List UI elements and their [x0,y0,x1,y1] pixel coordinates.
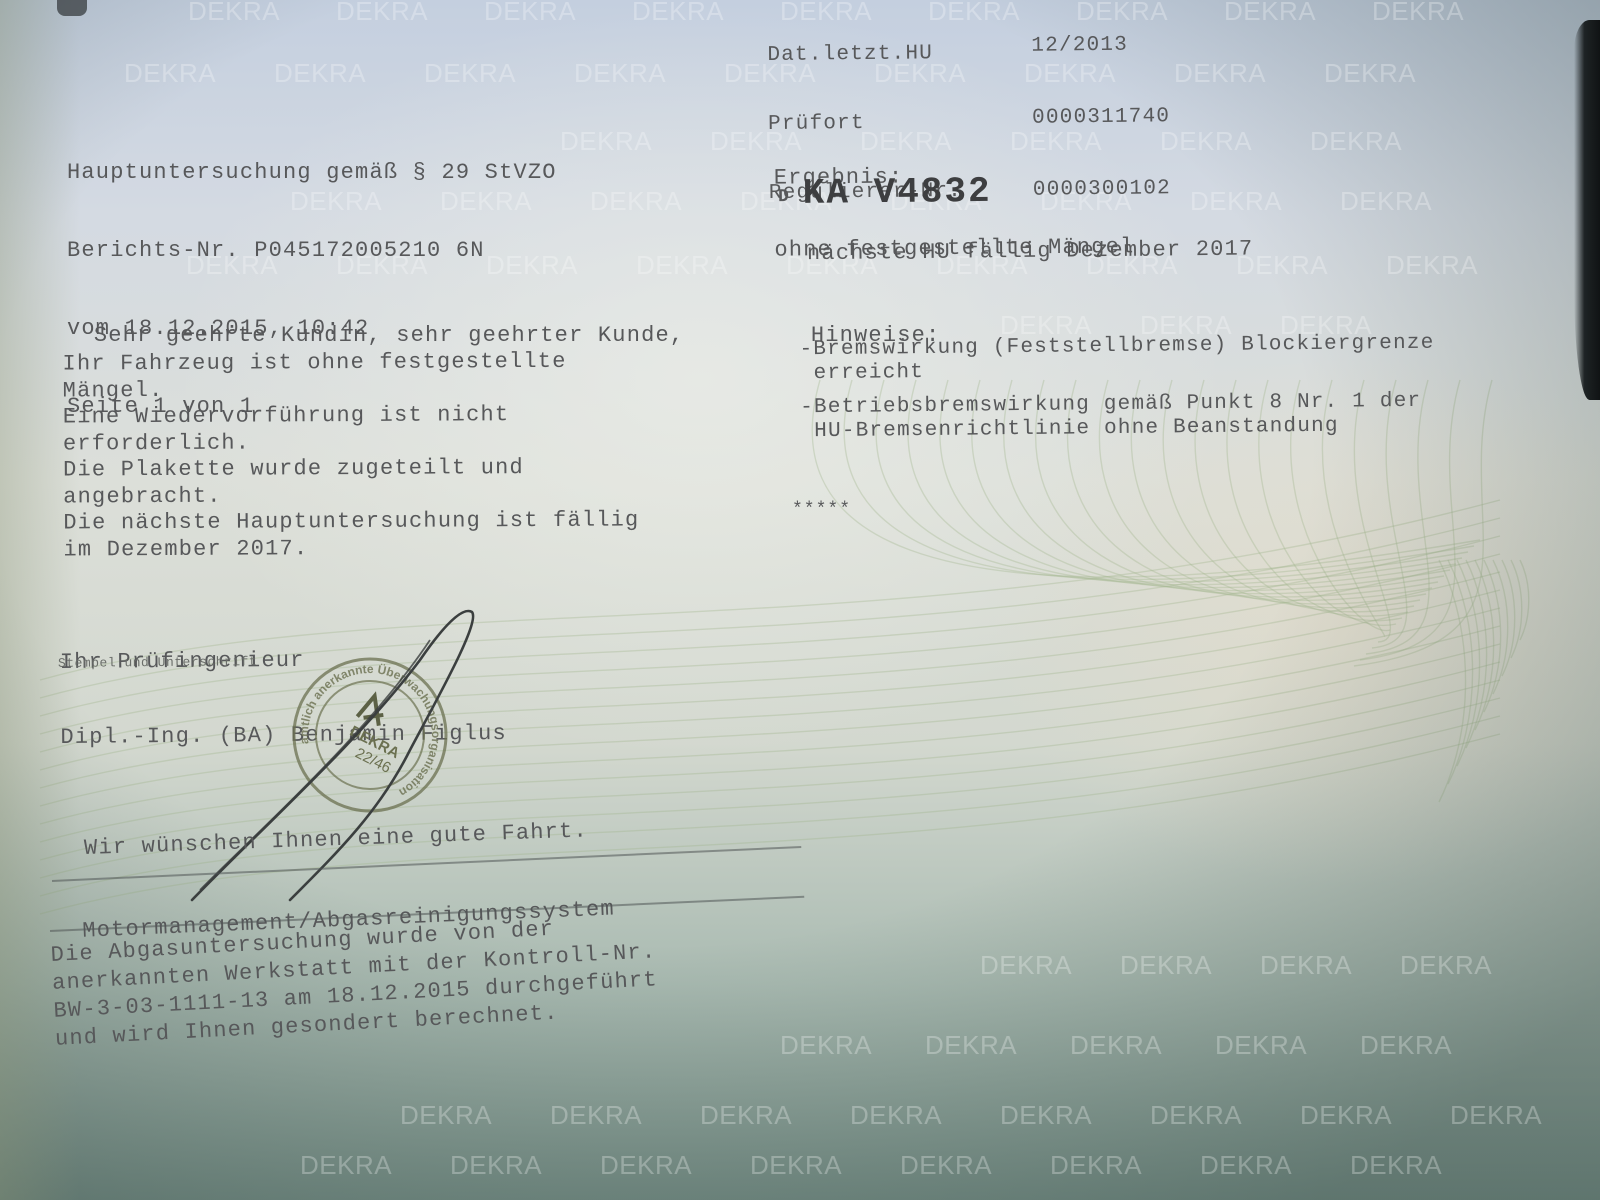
dekra-watermark: DEKRA [780,1030,872,1061]
dekra-watermark: DEKRA [1324,58,1416,89]
note-item: -Bremswirkung (Feststellbremse) Blockier… [799,332,1434,387]
dekra-watermark: DEKRA [424,58,516,89]
dekra-watermark: DEKRA [1386,250,1478,281]
report-title: Hauptuntersuchung gemäß § 29 StVZO [67,160,557,186]
corner-marker-icon [57,0,87,16]
signoff-name: Dipl.-Ing. (BA) Benjamin Figlus [60,721,507,750]
dekra-watermark: DEKRA [1120,950,1212,981]
letter-line: Ihr Fahrzeug ist ohne festgestellte [62,348,638,378]
license-plate: DKA V4832 [778,171,992,214]
dekra-watermark: DEKRA [1300,1100,1392,1131]
dekra-watermark: DEKRA [850,1100,942,1131]
dekra-watermark: DEKRA [1400,950,1492,981]
dekra-watermark: DEKRA [632,0,724,27]
note-item: -Betriebsbremswirkung gemäß Punkt 8 Nr. … [800,390,1435,445]
dekra-watermark: DEKRA [450,1150,542,1181]
dekra-watermark: DEKRA [574,58,666,89]
dekra-watermark: DEKRA [925,1030,1017,1061]
dekra-watermark: DEKRA [750,1150,842,1181]
dekra-watermark: DEKRA [1340,186,1432,217]
notes-list: -Bremswirkung (Feststellbremse) Blockier… [799,332,1435,445]
dekra-watermark: DEKRA [1372,0,1464,27]
dekra-watermark: DEKRA [400,1100,492,1131]
next-hu-due: nächste HU fällig Dezember 2017 [807,237,1254,267]
dekra-watermark: DEKRA [550,1100,642,1131]
report-number: Berichts-Nr. P045172005210 6N [67,238,557,264]
dekra-watermark: DEKRA [1200,1150,1292,1181]
dekra-watermark: DEKRA [124,58,216,89]
dekra-watermark: DEKRA [484,0,576,27]
plate-number: KA V4832 [803,171,992,214]
letter-line: Mängel. [63,375,639,405]
dekra-watermark: DEKRA [1310,126,1402,157]
dekra-watermark: DEKRA [636,250,728,281]
salutation: Sehr geehrte Kundin, sehr geehrter Kunde… [65,298,684,348]
salutation-text: Sehr geehrte Kundin, sehr geehrter Kunde… [94,323,685,348]
dekra-watermark: DEKRA [980,950,1072,981]
dekra-watermark: DEKRA [590,186,682,217]
dekra-watermark: DEKRA [1150,1100,1242,1131]
letter-line: Die nächste Hauptuntersuchung ist fällig [63,507,639,537]
dekra-watermark: DEKRA [300,1150,392,1181]
letter-line: im Dezember 2017. [63,534,639,564]
dekra-watermark: DEKRA [1260,950,1352,981]
stamp-signature-label: Stempel und Unterschrift [58,654,257,671]
dekra-watermark: DEKRA [1224,0,1316,27]
letter-line: Die Plakette wurde zugeteilt und [63,454,639,484]
dekra-watermark: DEKRA [336,0,428,27]
dekra-watermark: DEKRA [188,0,280,27]
dekra-watermark: DEKRA [1174,58,1266,89]
dekra-watermark: DEKRA [900,1150,992,1181]
dekra-watermark: DEKRA [600,1150,692,1181]
dekra-watermark: DEKRA [1160,126,1252,157]
notes-end-marker: ***** [792,500,851,520]
letter-line: erforderlich. [63,428,639,458]
letter-line: Eine Wiedervorführung ist nicht [63,401,639,431]
desk-edge-shadow [1574,20,1600,400]
dekra-watermark: DEKRA [274,58,366,89]
closing: Wir wünschen Ihnen eine gute Fahrt. [54,793,588,862]
field-label: Dat.letzt.HU [767,42,933,67]
dekra-watermark: DEKRA [560,126,652,157]
signoff: Ihr Prüfingenieur Dipl.-Ing. (BA) Benjam… [59,596,507,775]
dekra-watermark: DEKRA [1360,1030,1452,1061]
dekra-watermark: DEKRA [1450,1100,1542,1131]
dekra-watermark: DEKRA [700,1100,792,1131]
header-field-last-hu: Dat.letzt.HU [767,42,960,67]
dekra-watermark: DEKRA [1050,1150,1142,1181]
plate-country-code: D [778,187,789,207]
next-due: nächste HU fällig Dezember 2017 [778,212,1254,267]
dekra-watermark: DEKRA [1000,1100,1092,1131]
last-hu-value: 12/2013 [1031,33,1169,58]
dekra-watermark: DEKRA [1070,1030,1162,1061]
letter-line: angebracht. [63,481,639,511]
dekra-watermark: DEKRA [1350,1150,1442,1181]
dekra-watermark: DEKRA [1215,1030,1307,1061]
closing-text: Wir wünschen Ihnen eine gute Fahrt. [84,818,589,861]
letter-body: Ihr Fahrzeug ist ohne festgestellteMänge… [62,348,639,563]
